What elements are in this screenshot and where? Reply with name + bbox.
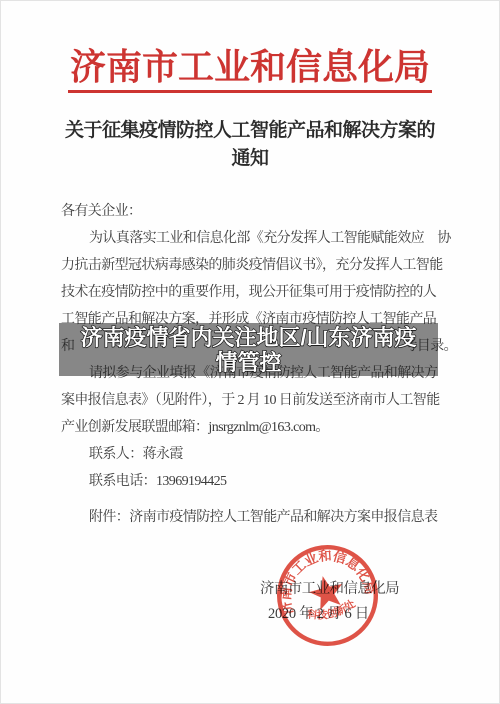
svg-text:济南市工业和信息化局: 济南市工业和信息化局 xyxy=(275,543,378,617)
caption-overlay-scrim: 济南疫情省内关注地区/山东济南疫 情管控 xyxy=(59,323,438,376)
body-line: 技术在疫情防控中的重要作用，现公开征集可用于疫情防控的人 xyxy=(61,279,457,306)
document-title: 关于征集疫情防控人工智能产品和解决方案的 通知 xyxy=(31,117,469,173)
caption-line-1: 济南疫情省内关注地区/山东济南疫 xyxy=(80,325,416,350)
salutation-line: 各有关企业： xyxy=(61,198,457,225)
letterhead: 济南市工业和信息化局 xyxy=(1,47,499,93)
official-seal: 济南市工业和信息化局 科技创新处 xyxy=(275,543,380,648)
official-seal-graphic: 济南市工业和信息化局 科技创新处 xyxy=(275,543,380,648)
contact-name-line: 联系人：蒋永霞 xyxy=(61,441,457,468)
scanned-notice-page: 济南市工业和信息化局 关于征集疫情防控人工智能产品和解决方案的 通知 各有关企业… xyxy=(0,0,500,704)
email-line: 产业创新发展联盟邮箱：jnsrgznlm@163.com。 xyxy=(61,414,457,441)
contact-phone-line: 联系电话：13969194425 xyxy=(61,468,457,495)
body-line: 为认真落实工业和信息化部《充分发挥人工智能赋能效应 协 xyxy=(61,225,457,252)
document-title-line-1: 关于征集疫情防控人工智能产品和解决方案的 xyxy=(31,117,469,145)
seal-ring-text: 济南市工业和信息化局 xyxy=(275,543,378,617)
body-line: 案申报信息表》（见附件），于 2 月 10 日前发送至济南市人工智能 xyxy=(61,387,457,414)
body-line: 力抗击新型冠状病毒感染的肺炎疫情倡议书》，充分发挥人工智能 xyxy=(61,252,457,279)
issuer-title: 济南市工业和信息化局 xyxy=(68,47,432,93)
attachment-line: 附件：济南市疫情防控人工智能产品和解决方案申报信息表 xyxy=(89,506,437,526)
document-title-line-2: 通知 xyxy=(31,145,469,173)
caption-line-2: 情管控 xyxy=(215,350,281,375)
